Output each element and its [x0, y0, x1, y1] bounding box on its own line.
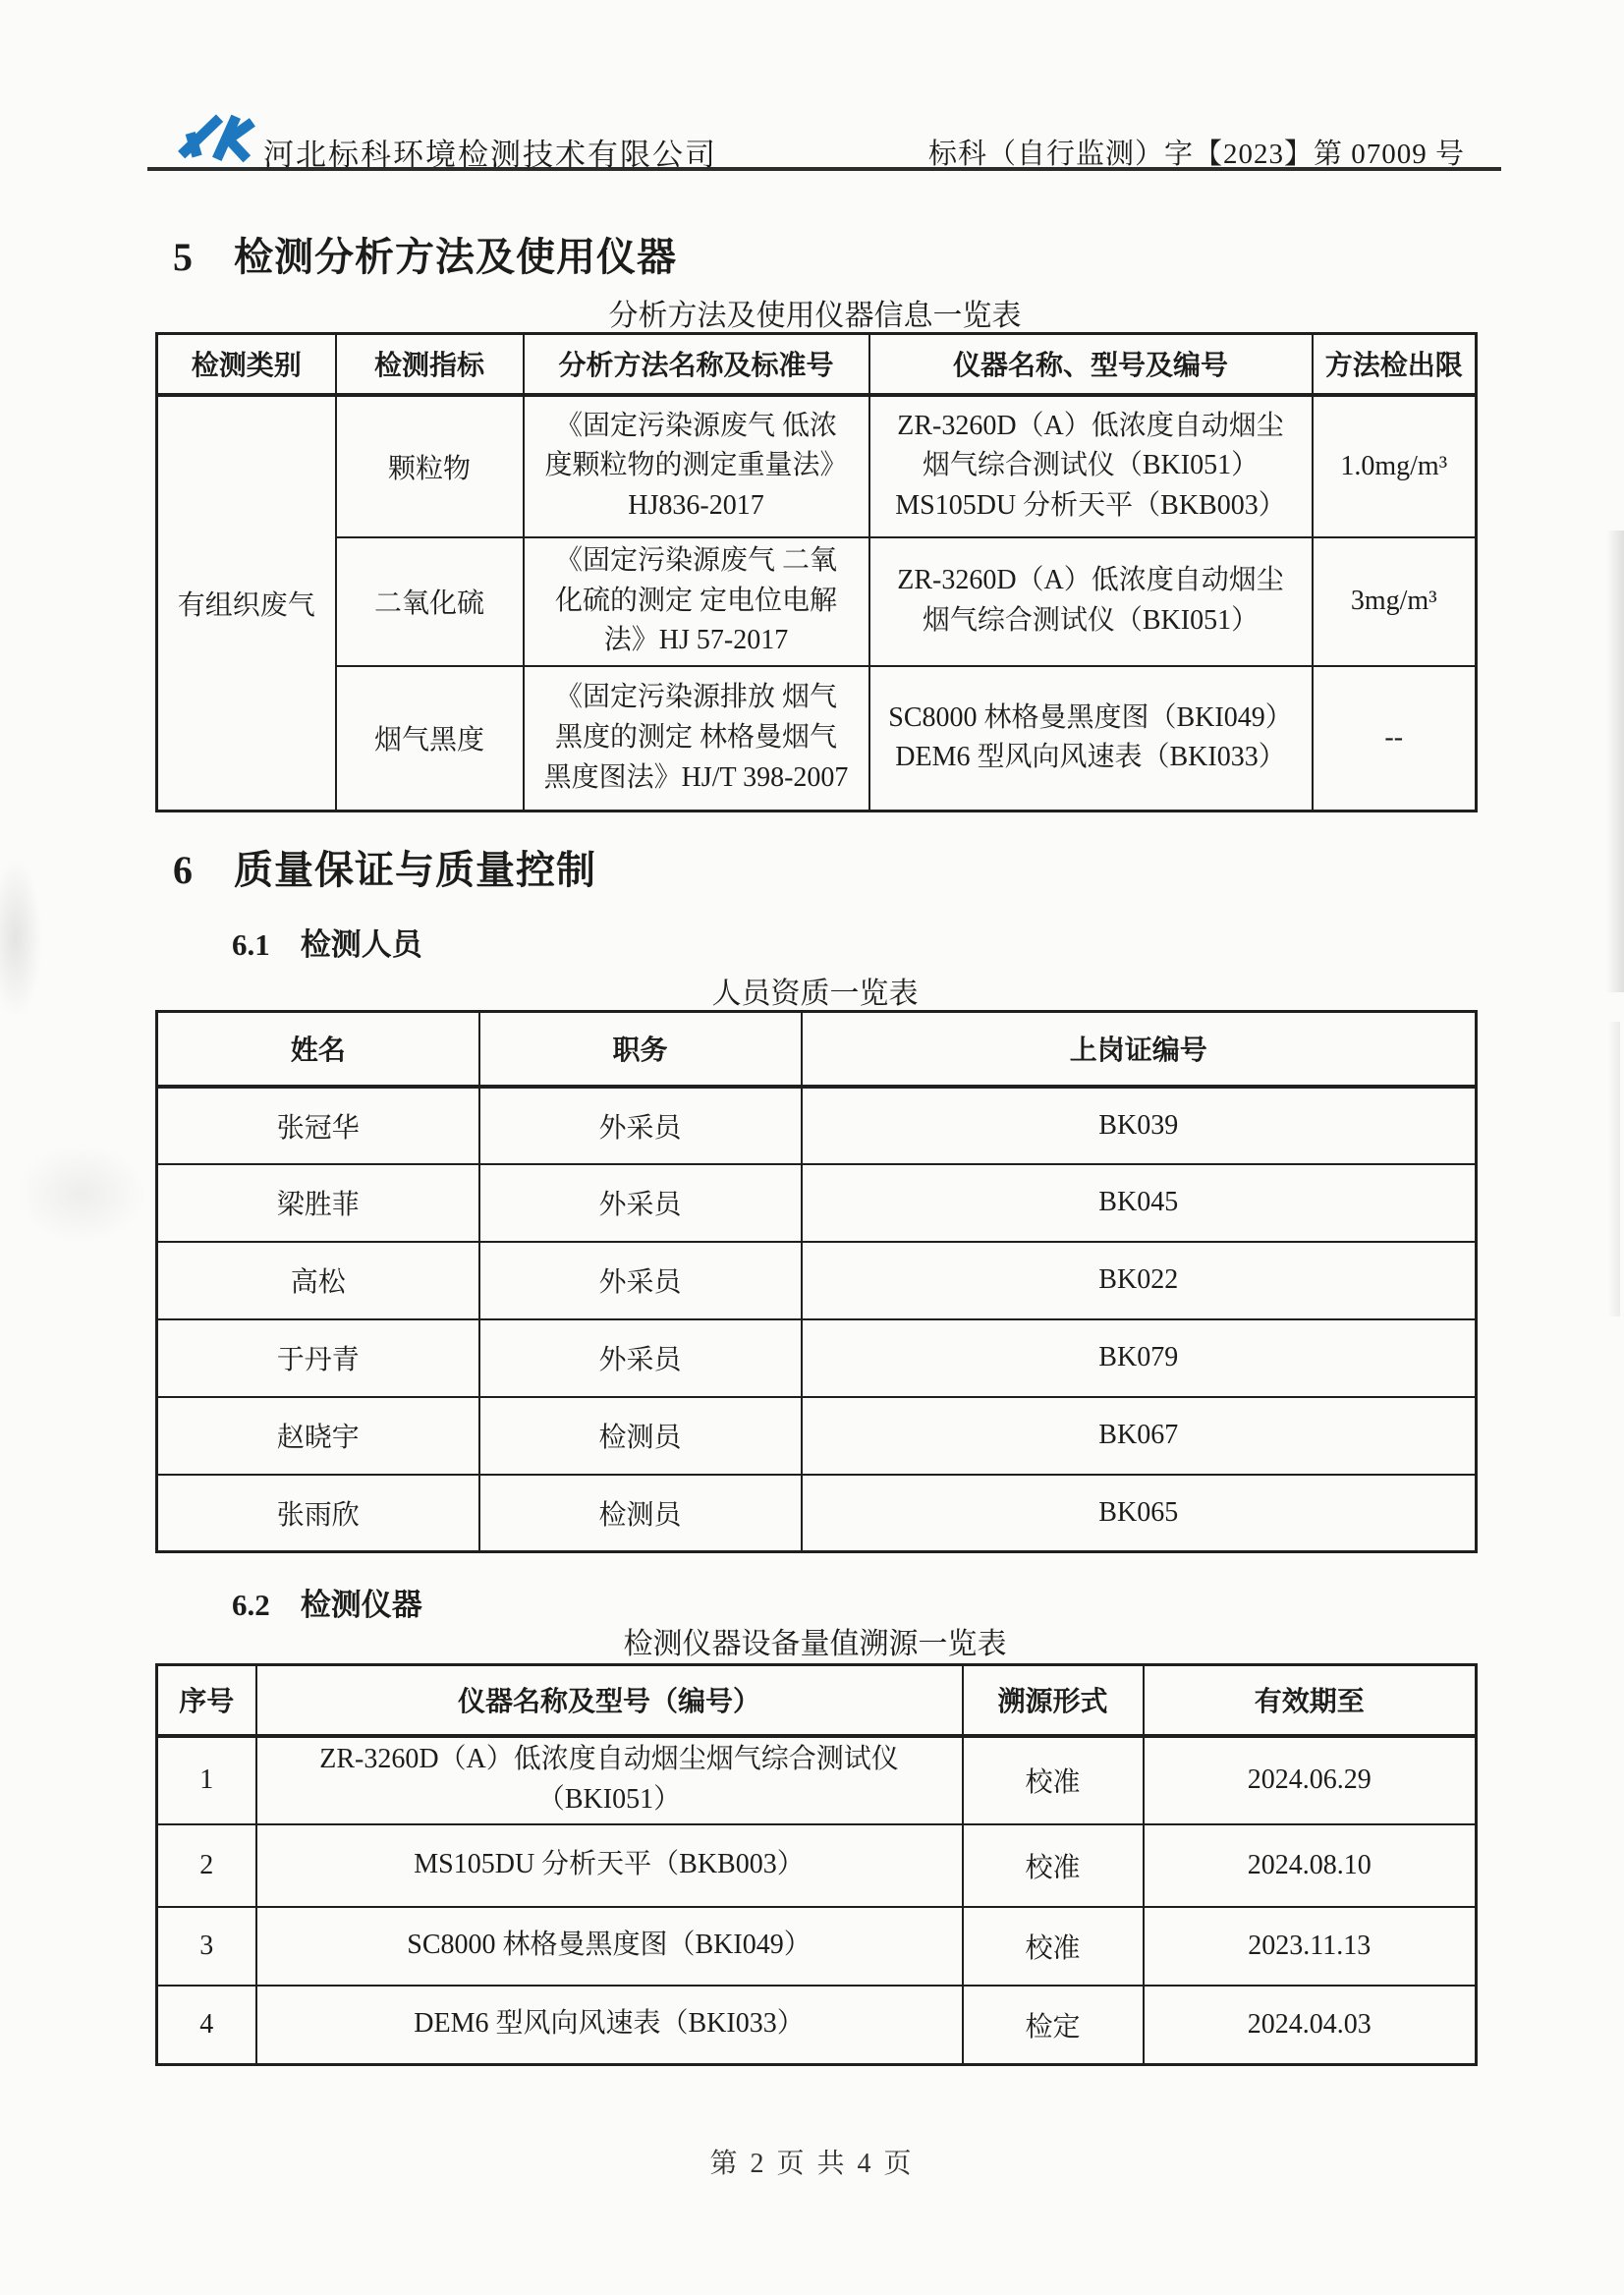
instrument-name-cell: SC8000 林格曼黑度图（BKI049） — [256, 1907, 963, 1986]
column-header: 上岗证编号 — [802, 1012, 1477, 1087]
column-header: 检测指标 — [336, 334, 524, 395]
limit-cell: -- — [1313, 666, 1477, 812]
role-cell: 外采员 — [479, 1319, 802, 1397]
section-5-heading: 5 检测分析方法及使用仪器 — [173, 226, 677, 282]
column-header: 姓名 — [157, 1012, 479, 1087]
valid-until-cell: 2024.04.03 — [1144, 1986, 1477, 2065]
scan-artifact — [1608, 1022, 1620, 1316]
table-row: 赵晓宇 检测员 BK067 — [157, 1397, 1477, 1475]
limit-cell: 3mg/m³ — [1313, 537, 1477, 666]
role-cell: 外采员 — [479, 1087, 802, 1164]
cert-cell: BK022 — [802, 1242, 1477, 1319]
table-row: 1 ZR-3260D（A）低浓度自动烟尘烟气综合测试仪 （BKI051） 校准 … — [157, 1736, 1477, 1824]
valid-until-cell: 2024.08.10 — [1144, 1824, 1477, 1907]
instruments-table-caption: 检测仪器设备量值溯源一览表 — [155, 1619, 1475, 1662]
cert-cell: BK045 — [802, 1164, 1477, 1242]
column-header: 仪器名称及型号（编号） — [256, 1665, 963, 1736]
valid-until-cell: 2023.11.13 — [1144, 1907, 1477, 1986]
cert-cell: BK067 — [802, 1397, 1477, 1475]
seq-cell: 2 — [157, 1824, 256, 1907]
instrument-name-cell: ZR-3260D（A）低浓度自动烟尘烟气综合测试仪 （BKI051） — [256, 1736, 963, 1824]
personnel-table-caption: 人员资质一览表 — [155, 969, 1475, 1012]
trace-type-cell: 校准 — [963, 1736, 1144, 1824]
table-header-row: 序号 仪器名称及型号（编号） 溯源形式 有效期至 — [157, 1665, 1477, 1736]
cert-cell: BK039 — [802, 1087, 1477, 1164]
seq-cell: 4 — [157, 1986, 256, 2065]
category-cell: 有组织废气 — [157, 395, 336, 812]
indicator-cell: 烟气黑度 — [336, 666, 524, 812]
column-header: 序号 — [157, 1665, 256, 1736]
name-cell: 张雨欣 — [157, 1475, 479, 1552]
report-page: 河北标科环境检测技术有限公司 标科（自行监测）字【2023】第 07009 号 … — [0, 0, 1624, 2295]
scan-artifact — [18, 1145, 145, 1243]
table-row: 有组织废气 颗粒物 《固定污染源废气 低浓 度颗粒物的测定重量法》 HJ836-… — [157, 395, 1477, 537]
table-row: 高松 外采员 BK022 — [157, 1242, 1477, 1319]
indicator-cell: 颗粒物 — [336, 395, 524, 537]
method-cell: 《固定污染源废气 低浓 度颗粒物的测定重量法》 HJ836-2017 — [524, 395, 869, 537]
cert-cell: BK079 — [802, 1319, 1477, 1397]
indicator-cell: 二氧化硫 — [336, 537, 524, 666]
personnel-table: 姓名 职务 上岗证编号 张冠华 外采员 BK039 梁胜菲 外采员 BK045 … — [155, 1010, 1478, 1553]
instrument-cell: ZR-3260D（A）低浓度自动烟尘 烟气综合测试仪（BKI051） MS105… — [869, 395, 1313, 537]
role-cell: 外采员 — [479, 1242, 802, 1319]
table-row: 2 MS105DU 分析天平（BKB003） 校准 2024.08.10 — [157, 1824, 1477, 1907]
scan-artifact — [0, 860, 42, 1017]
name-cell: 赵晓宇 — [157, 1397, 479, 1475]
trace-type-cell: 检定 — [963, 1986, 1144, 2065]
column-header: 仪器名称、型号及编号 — [869, 334, 1313, 395]
section-6-1-heading: 6.1 检测人员 — [232, 920, 422, 964]
methods-table-caption: 分析方法及使用仪器信息一览表 — [155, 291, 1475, 334]
instrument-name-cell: DEM6 型风向风速表（BKI033） — [256, 1986, 963, 2065]
valid-until-cell: 2024.06.29 — [1144, 1736, 1477, 1824]
table-header-row: 姓名 职务 上岗证编号 — [157, 1012, 1477, 1087]
method-cell: 《固定污染源排放 烟气 黑度的测定 林格曼烟气 黑度图法》HJ/T 398-20… — [524, 666, 869, 812]
company-logo-icon — [169, 114, 259, 163]
table-row: 梁胜菲 外采员 BK045 — [157, 1164, 1477, 1242]
instrument-name-cell: MS105DU 分析天平（BKB003） — [256, 1824, 963, 1907]
trace-type-cell: 校准 — [963, 1907, 1144, 1986]
table-row: 3 SC8000 林格曼黑度图（BKI049） 校准 2023.11.13 — [157, 1907, 1477, 1986]
name-cell: 高松 — [157, 1242, 479, 1319]
column-header: 溯源形式 — [963, 1665, 1144, 1736]
column-header: 职务 — [479, 1012, 802, 1087]
seq-cell: 1 — [157, 1736, 256, 1824]
methods-table: 检测类别 检测指标 分析方法名称及标准号 仪器名称、型号及编号 方法检出限 有组… — [155, 332, 1478, 812]
column-header: 检测类别 — [157, 334, 336, 395]
table-header-row: 检测类别 检测指标 分析方法名称及标准号 仪器名称、型号及编号 方法检出限 — [157, 334, 1477, 395]
table-row: 张冠华 外采员 BK039 — [157, 1087, 1477, 1164]
table-row: 烟气黑度 《固定污染源排放 烟气 黑度的测定 林格曼烟气 黑度图法》HJ/T 3… — [157, 666, 1477, 812]
instruments-table: 序号 仪器名称及型号（编号） 溯源形式 有效期至 1 ZR-3260D（A）低浓… — [155, 1663, 1478, 2066]
section-6-2-heading: 6.2 检测仪器 — [232, 1580, 422, 1624]
role-cell: 检测员 — [479, 1397, 802, 1475]
trace-type-cell: 校准 — [963, 1824, 1144, 1907]
table-row: 4 DEM6 型风向风速表（BKI033） 检定 2024.04.03 — [157, 1986, 1477, 2065]
table-row: 二氧化硫 《固定污染源废气 二氧 化硫的测定 定电位电解 法》HJ 57-201… — [157, 537, 1477, 666]
instrument-cell: SC8000 林格曼黑度图（BKI049） DEM6 型风向风速表（BKI033… — [869, 666, 1313, 812]
document-number: 标科（自行监测）字【2023】第 07009 号 — [928, 132, 1465, 172]
instrument-cell: ZR-3260D（A）低浓度自动烟尘 烟气综合测试仪（BKI051） — [869, 537, 1313, 666]
table-row: 于丹青 外采员 BK079 — [157, 1319, 1477, 1397]
seq-cell: 3 — [157, 1907, 256, 1986]
column-header: 有效期至 — [1144, 1665, 1477, 1736]
name-cell: 张冠华 — [157, 1087, 479, 1164]
header-rule — [147, 167, 1501, 171]
role-cell: 外采员 — [479, 1164, 802, 1242]
limit-cell: 1.0mg/m³ — [1313, 395, 1477, 537]
scan-artifact — [1606, 531, 1624, 992]
name-cell: 于丹青 — [157, 1319, 479, 1397]
name-cell: 梁胜菲 — [157, 1164, 479, 1242]
role-cell: 检测员 — [479, 1475, 802, 1552]
cert-cell: BK065 — [802, 1475, 1477, 1552]
table-row: 张雨欣 检测员 BK065 — [157, 1475, 1477, 1552]
column-header: 方法检出限 — [1313, 334, 1477, 395]
section-6-heading: 6 质量保证与质量控制 — [173, 839, 596, 895]
column-header: 分析方法名称及标准号 — [524, 334, 869, 395]
method-cell: 《固定污染源废气 二氧 化硫的测定 定电位电解 法》HJ 57-2017 — [524, 537, 869, 666]
page-indicator: 第 2 页 共 4 页 — [0, 2142, 1624, 2181]
